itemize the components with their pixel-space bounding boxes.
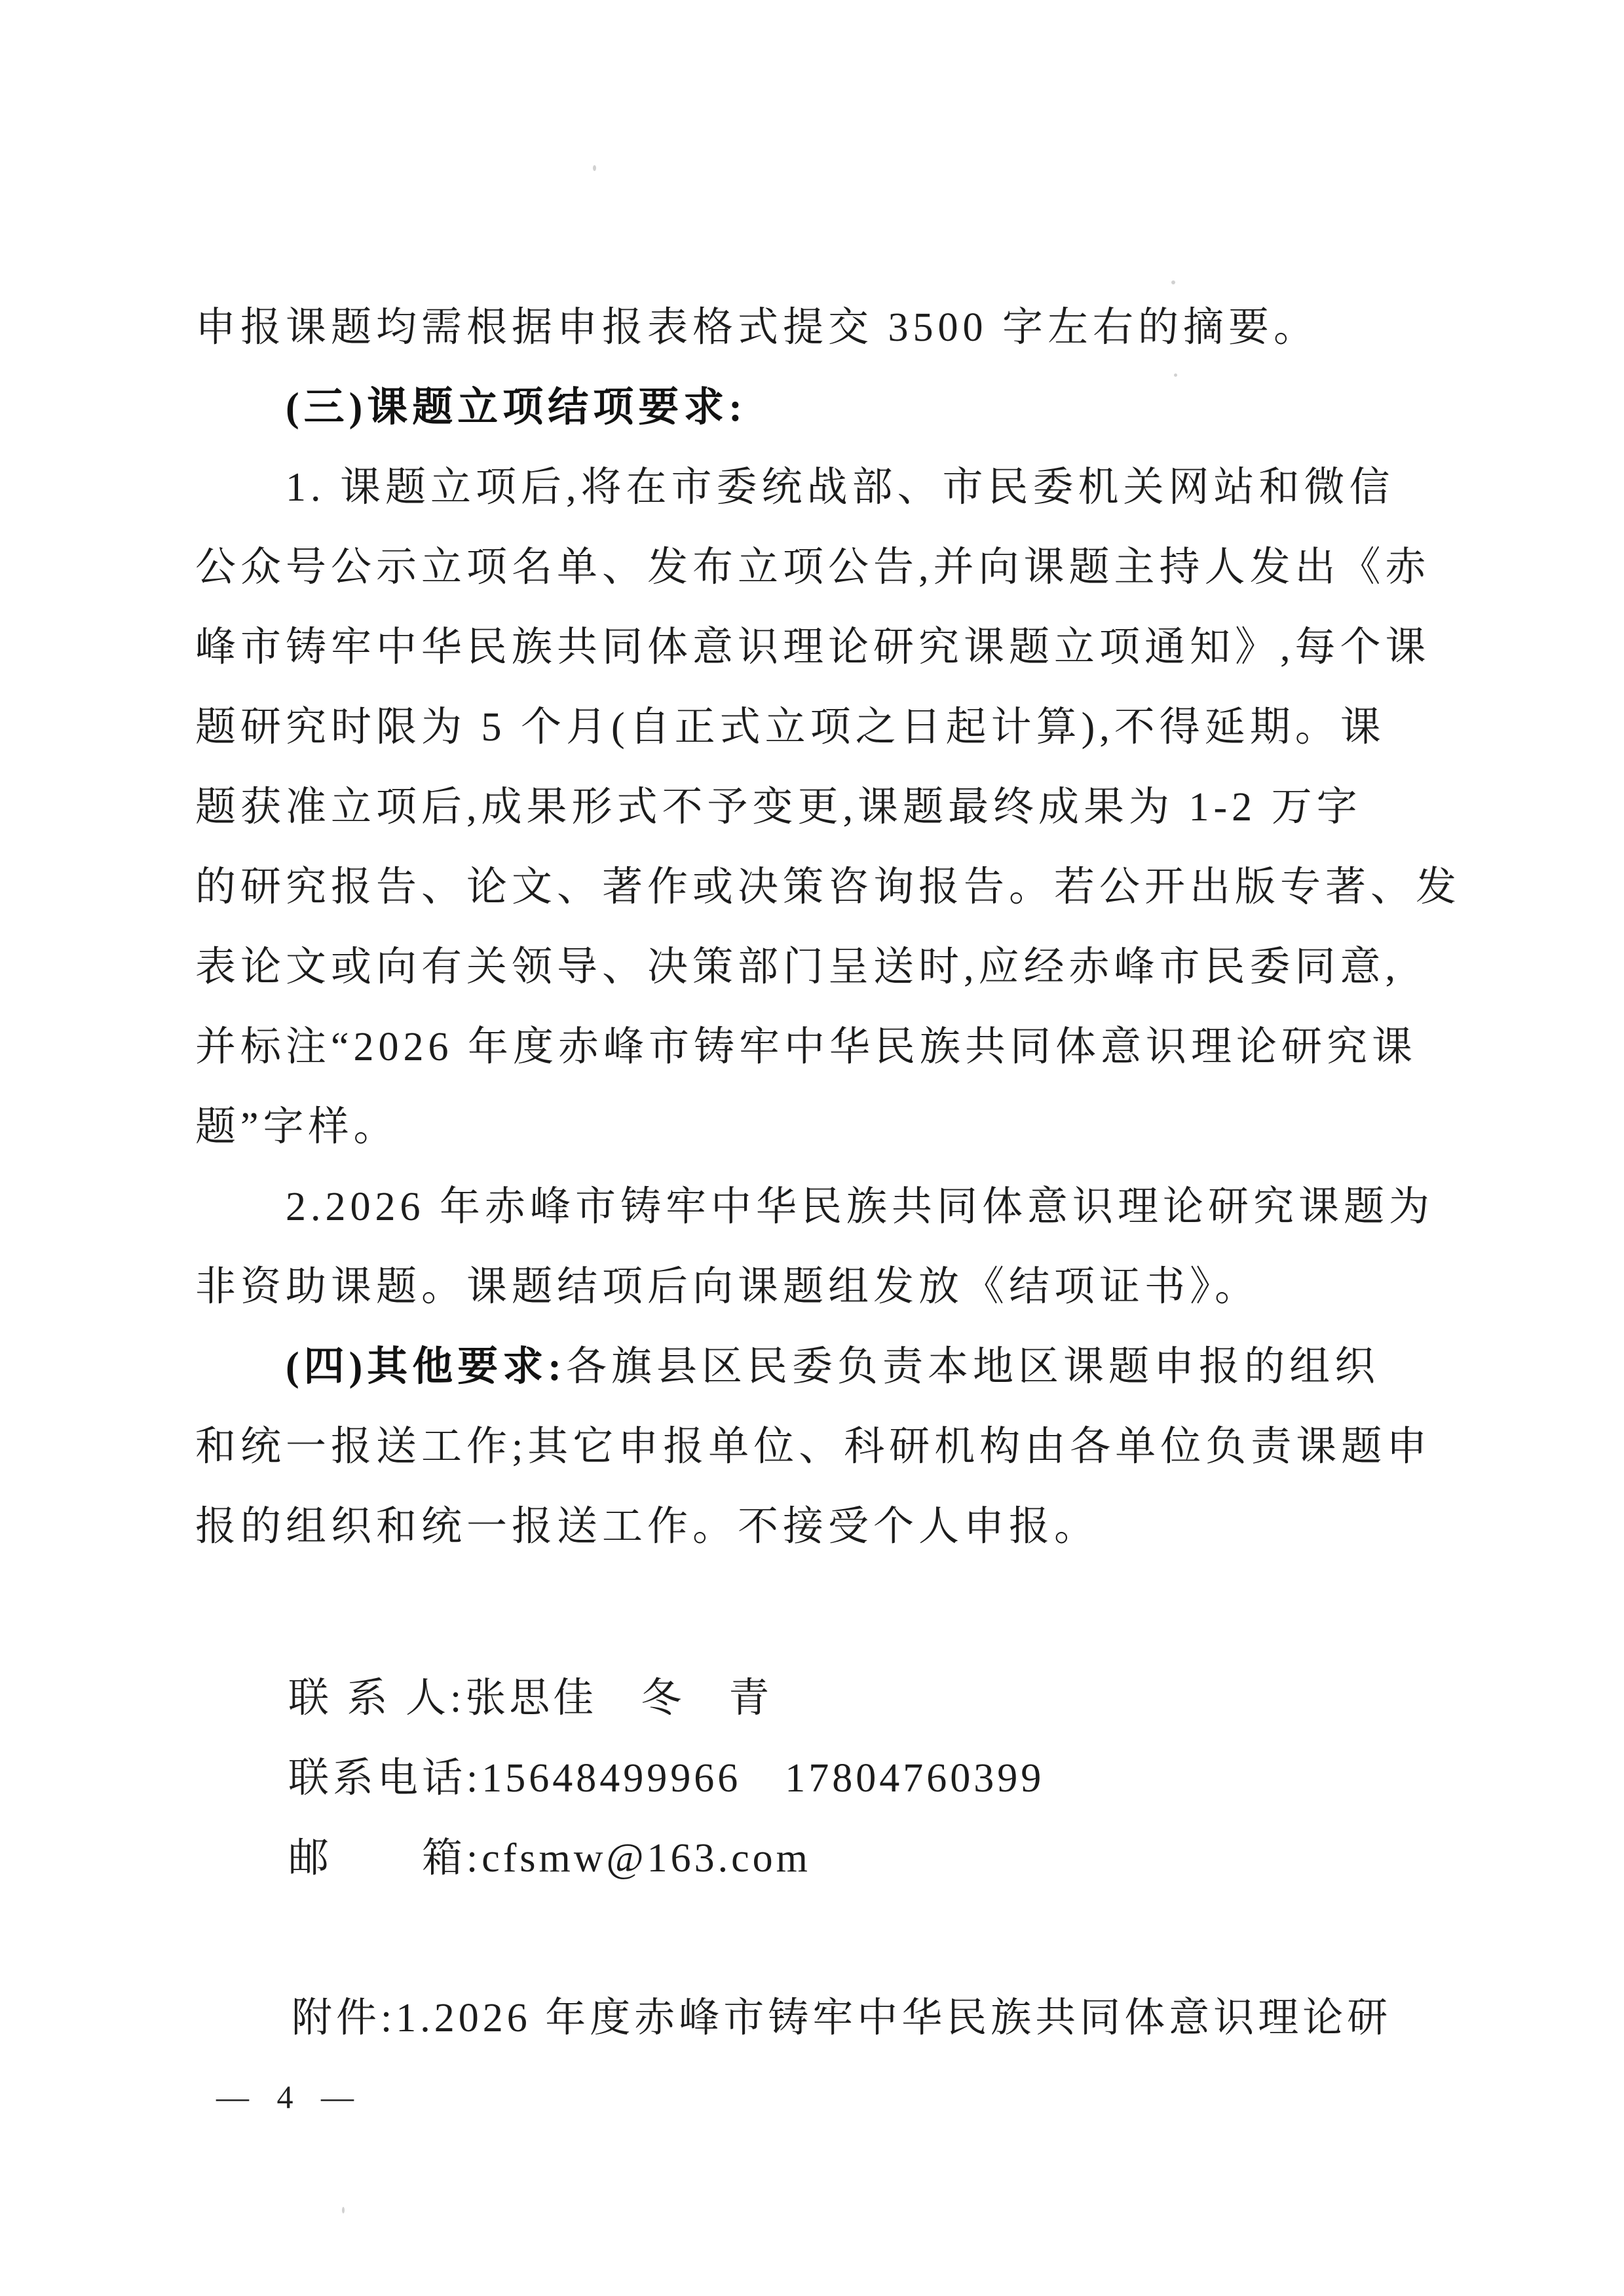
line-text: 表论文或向有关领导、决策部门呈送时,应经赤峰市民委同意, (195, 945, 1400, 989)
document-line: 题研究时限为 5 个月(自正式立项之日起计算),不得延期。课 (195, 687, 1427, 767)
document-line: 1. 课题立项后,将在市委统战部、市民委机关网站和微信 (195, 448, 1427, 527)
contact-phone-label: 联系电话: (288, 1756, 482, 1801)
line-bold-text: (四)其他要求: (286, 1345, 566, 1389)
document-line: 的研究报告、论文、著作或决策咨询报告。若公开出版专著、发 (195, 847, 1427, 927)
line-text: 和统一报送工作;其它申报单位、科研机构由各单位负责课题申 (195, 1425, 1431, 1469)
line-text: 公众号公示立项名单、发布立项公告,并向课题主持人发出《赤 (195, 545, 1431, 590)
line-text: 1. 课题立项后,将在市委统战部、市民委机关网站和微信 (286, 465, 1395, 510)
contact-email-value: cfsmw@163.com (482, 1836, 811, 1881)
document-line: 表论文或向有关领导、决策部门呈送时,应经赤峰市民委同意, (195, 927, 1427, 1007)
scan-speck (1174, 373, 1177, 377)
line-text: 题”字样。 (195, 1105, 399, 1149)
scan-speck (342, 2207, 345, 2213)
line-text: 非资助课题。课题结项后向课题组发放《结项证书》。 (195, 1265, 1260, 1309)
document-line: 并标注“2026 年度赤峰市铸牢中华民族共同体意识理论研究课 (195, 1007, 1427, 1087)
line-text: 并标注“2026 年度赤峰市铸牢中华民族共同体意识理论研究课 (195, 1025, 1417, 1069)
line-text: 各旗县区民委负责本地区课题申报的组织 (566, 1345, 1380, 1389)
document-line: 和统一报送工作;其它申报单位、科研机构由各单位负责课题申 (195, 1407, 1427, 1487)
document-heading-line: (三)课题立项结项要求: (195, 368, 1427, 448)
document-page: 申报课题均需根据申报表格式提交 3500 字左右的摘要。 (三)课题立项结项要求… (0, 0, 1624, 2296)
contact-phone-line: 联系电话:15648499966 17804760399 (288, 1738, 1427, 1818)
page-number: — 4 — (216, 2071, 355, 2123)
scan-speck (1171, 280, 1175, 284)
contact-email-label: 邮 箱: (288, 1836, 482, 1881)
document-line: 报的组织和统一报送工作。不接受个人申报。 (195, 1487, 1427, 1567)
document-line: 非资助课题。课题结项后向课题组发放《结项证书》。 (195, 1247, 1427, 1327)
contact-person-line: 联 系 人:张思佳 冬 青 (288, 1658, 1427, 1738)
line-text: 的研究报告、论文、著作或决策咨询报告。若公开出版专著、发 (195, 865, 1461, 909)
attachment-text: 附件:1.2026 年度赤峰市铸牢中华民族共同体意识理论研 (292, 1996, 1391, 2040)
document-line: (四)其他要求:各旗县区民委负责本地区课题申报的组织 (195, 1327, 1427, 1407)
document-line: 申报课题均需根据申报表格式提交 3500 字左右的摘要。 (195, 288, 1427, 368)
contact-phone-value: 15648499966 17804760399 (482, 1756, 1044, 1801)
line-text: 题获准立项后,成果形式不予变更,课题最终成果为 1-2 万字 (195, 785, 1362, 830)
line-text: 题研究时限为 5 个月(自正式立项之日起计算),不得延期。课 (195, 705, 1386, 750)
document-line: 题获准立项后,成果形式不予变更,课题最终成果为 1-2 万字 (195, 767, 1427, 847)
line-text: 峰市铸牢中华民族共同体意识理论研究课题立项通知》,每个课 (195, 625, 1431, 670)
contact-person-value: 张思佳 冬 青 (465, 1676, 772, 1721)
contact-email-line: 邮 箱:cfsmw@163.com (288, 1818, 1427, 1898)
document-line: 题”字样。 (195, 1087, 1427, 1167)
contact-person-label: 联 系 人: (288, 1676, 465, 1721)
document-line: 峰市铸牢中华民族共同体意识理论研究课题立项通知》,每个课 (195, 607, 1427, 687)
line-bold-text: (三)课题立项结项要求: (286, 385, 747, 430)
line-text: 申报课题均需根据申报表格式提交 3500 字左右的摘要。 (195, 305, 1319, 350)
line-text: 报的组织和统一报送工作。不接受个人申报。 (195, 1504, 1099, 1549)
line-text: 2.2026 年赤峰市铸牢中华民族共同体意识理论研究课题为 (286, 1185, 1434, 1229)
document-line: 公众号公示立项名单、发布立项公告,并向课题主持人发出《赤 (195, 527, 1427, 607)
scan-speck (593, 165, 596, 171)
document-line: 2.2026 年赤峰市铸牢中华民族共同体意识理论研究课题为 (195, 1167, 1427, 1247)
attachment-line: 附件:1.2026 年度赤峰市铸牢中华民族共同体意识理论研 (292, 1978, 1493, 2058)
